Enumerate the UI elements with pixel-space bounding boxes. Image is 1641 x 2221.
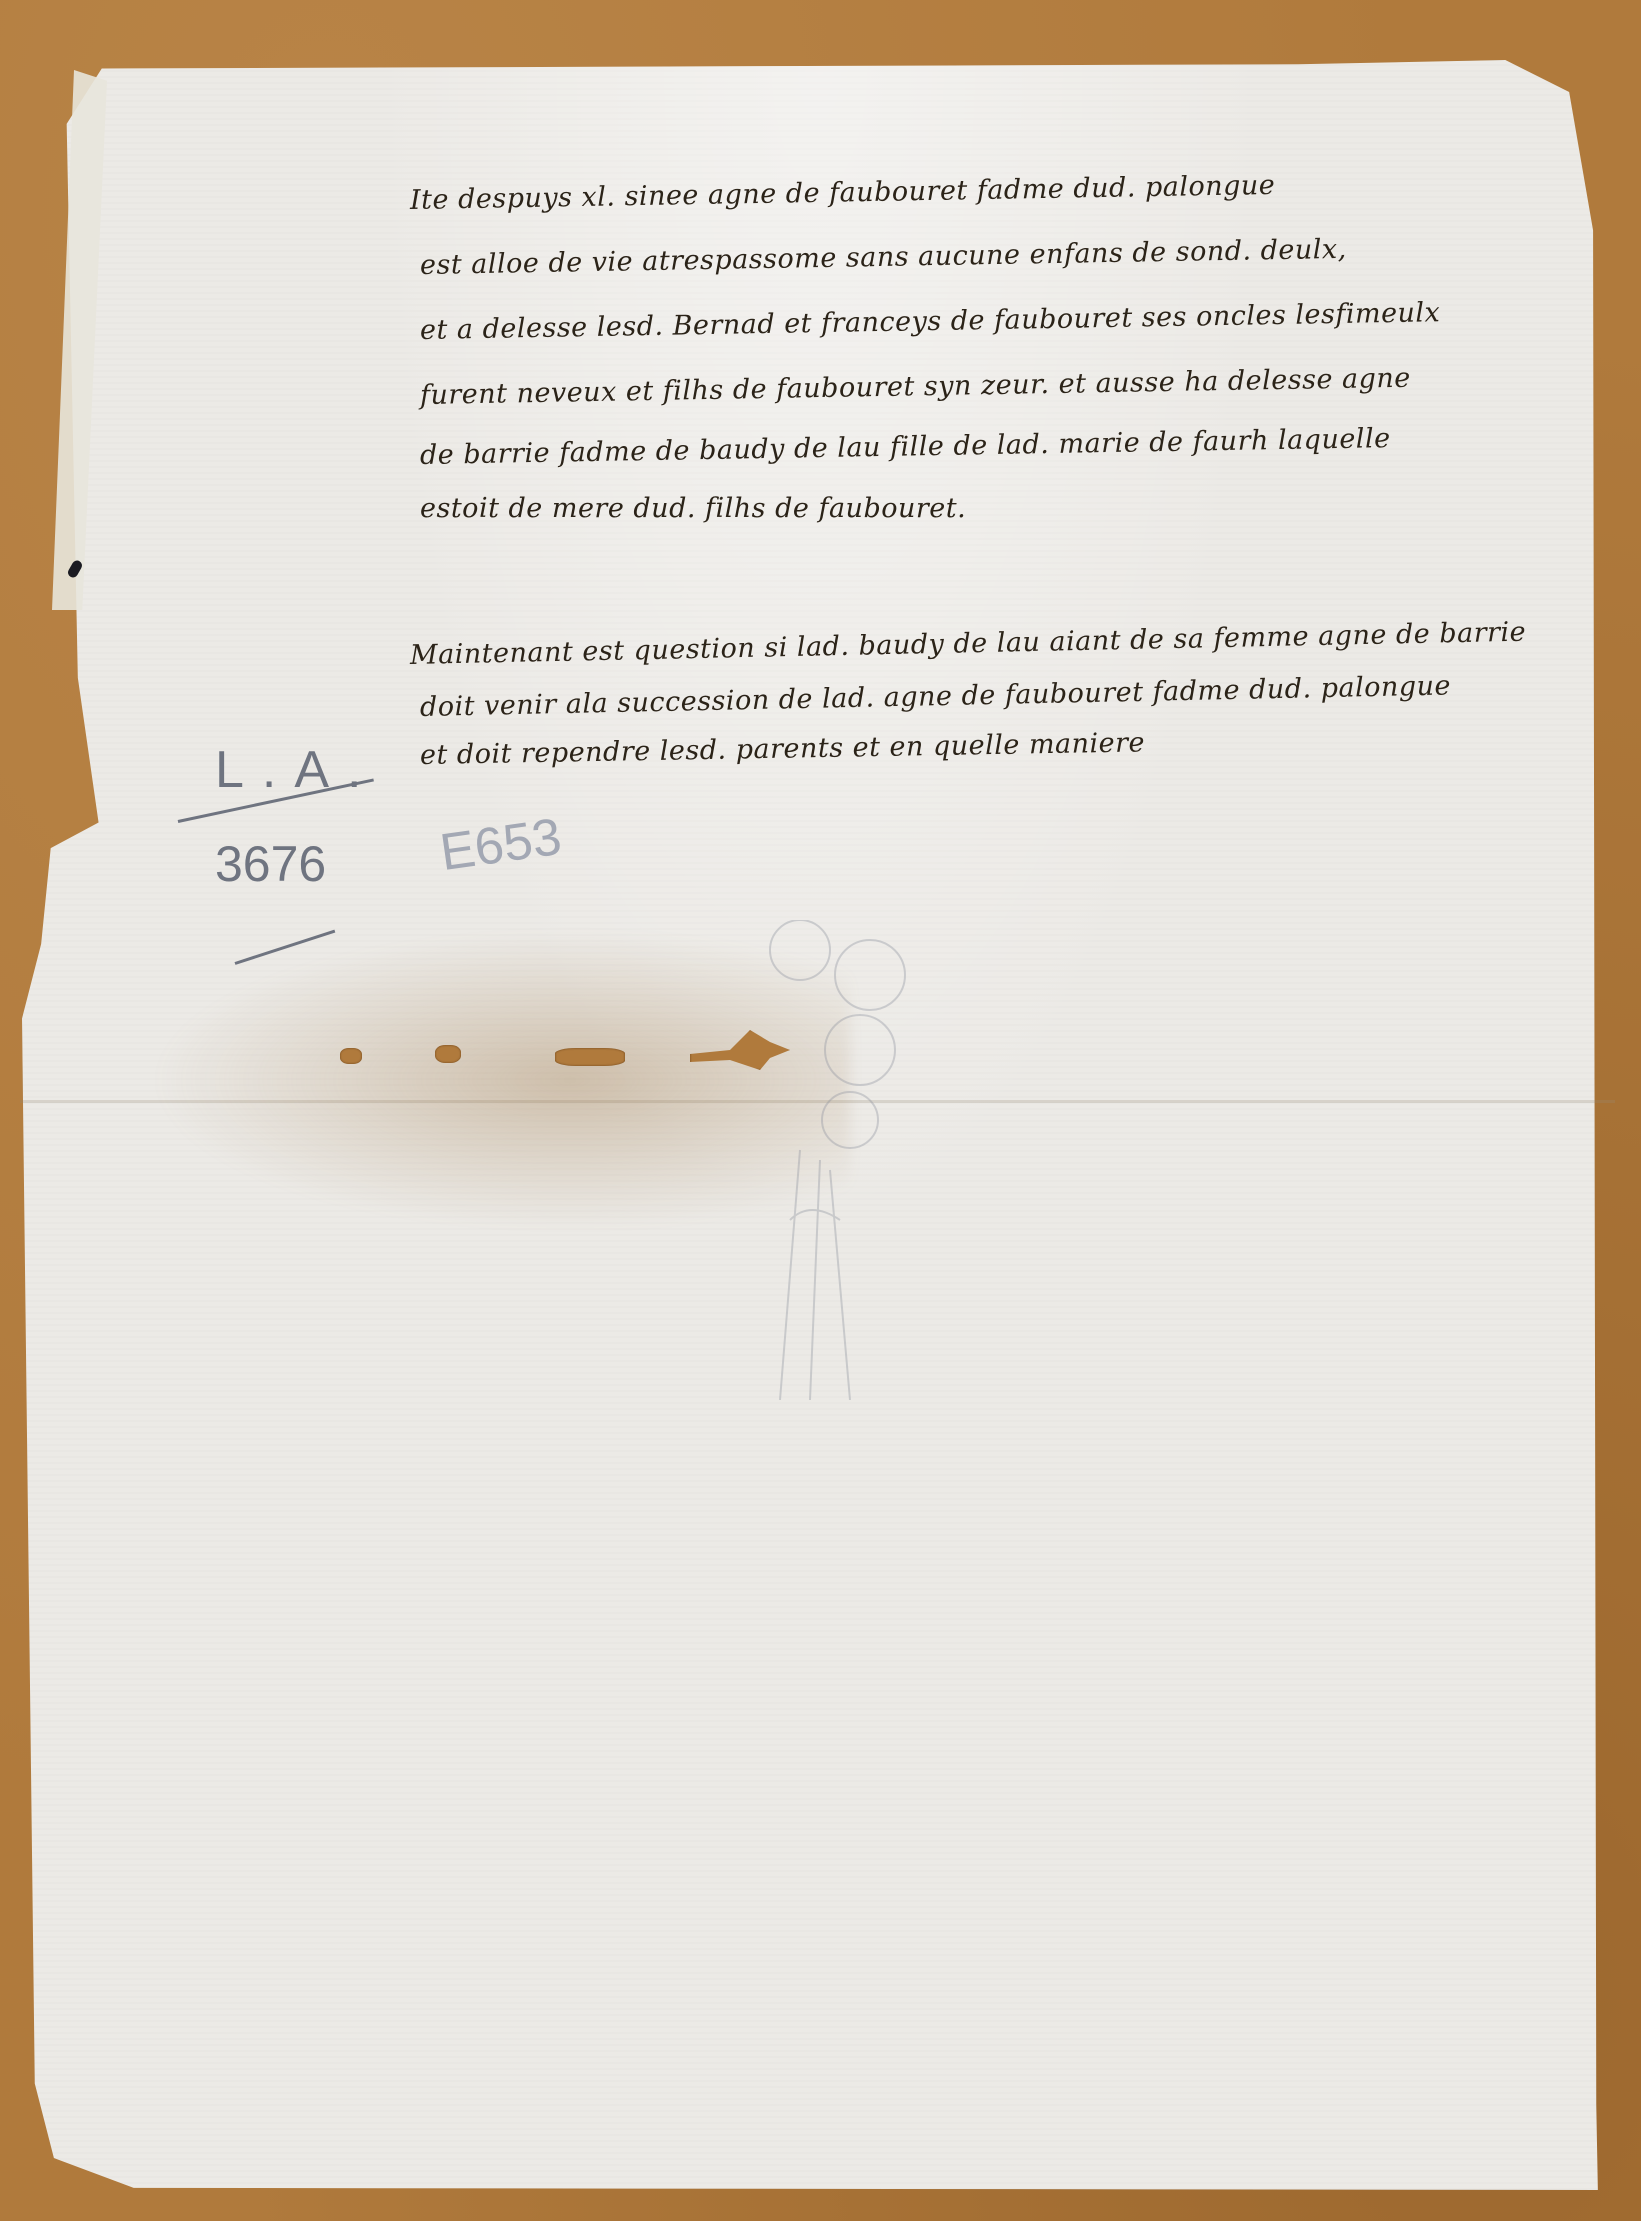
paper-hole	[555, 1048, 625, 1066]
text-line: estoit de mere dud. filhs de faubouret.	[420, 493, 966, 524]
paper-hole	[340, 1048, 362, 1064]
paper-hole	[435, 1045, 461, 1063]
watermark-figure	[740, 920, 940, 1400]
shelfmark-top: L.A.	[215, 740, 380, 800]
shelfmark-bottom: 3676	[215, 835, 326, 893]
